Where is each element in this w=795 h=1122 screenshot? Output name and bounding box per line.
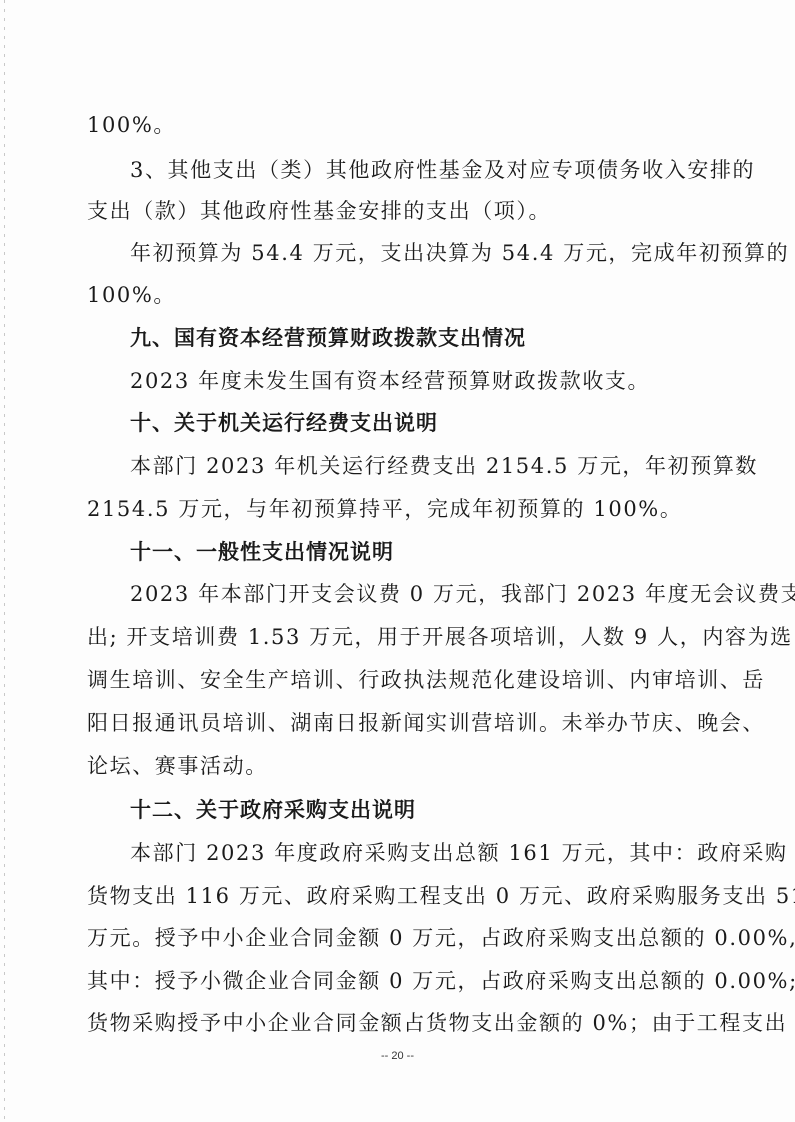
paragraph-line: 本部门 2023 年机关运行经费支出 2154.5 万元，年初预算数 [130, 451, 737, 481]
paragraph-line: 货物采购授予中小企业合同金额占货物支出金额的 0%；由于工程支出 [87, 1008, 737, 1038]
paragraph-line: 年初预算为 54.4 万元，支出决算为 54.4 万元，完成年初预算的 [130, 238, 737, 268]
paragraph-line: 2023 年本部门开支会议费 0 万元，我部门 2023 年度无会议费支 [130, 579, 737, 609]
paragraph-line: 支出（款）其他政府性基金安排的支出（项）。 [87, 196, 737, 226]
paragraph-line: 论坛、赛事活动。 [87, 751, 737, 781]
paragraph-line: 2154.5 万元，与年初预算持平，完成年初预算的 100%。 [87, 494, 737, 524]
section-heading-9: 九、国有资本经营预算财政拨款支出情况 [130, 323, 737, 353]
paragraph-line: 2023 年度未发生国有资本经营预算财政拨款收支。 [130, 366, 737, 396]
paragraph-line: 100%。 [87, 110, 737, 140]
paragraph-line: 3、其他支出（类）其他政府性基金及对应专项债务收入安排的 [130, 155, 737, 185]
section-heading-11: 十一、一般性支出情况说明 [130, 537, 737, 567]
section-heading-12: 十二、关于政府采购支出说明 [130, 795, 737, 825]
scan-edge-mark [4, 0, 5, 1122]
paragraph-line: 100%。 [87, 280, 737, 310]
paragraph-line: 万元。授予中小企业合同金额 0 万元，占政府采购支出总额的 0.00%, [87, 923, 737, 953]
page-number: -- 20 -- [0, 1050, 795, 1062]
paragraph-line: 出; 开支培训费 1.53 万元，用于开展各项培训，人数 9 人，内容为选 [87, 622, 737, 652]
paragraph-line: 货物支出 116 万元、政府采购工程支出 0 万元、政府采购服务支出 51 [87, 881, 737, 911]
paragraph-line: 其中：授予小微企业合同金额 0 万元，占政府采购支出总额的 0.00%; [87, 966, 737, 996]
paragraph-line: 阳日报通讯员培训、湖南日报新闻实训营培训。未举办节庆、晚会、 [87, 708, 737, 738]
paragraph-line: 本部门 2023 年度政府采购支出总额 161 万元，其中：政府采购 [130, 838, 737, 868]
document-page: 100%。 3、其他支出（类）其他政府性基金及对应专项债务收入安排的 支出（款）… [0, 0, 795, 1122]
paragraph-line: 调生培训、安全生产培训、行政执法规范化建设培训、内审培训、岳 [87, 665, 737, 695]
section-heading-10: 十、关于机关运行经费支出说明 [130, 408, 737, 438]
